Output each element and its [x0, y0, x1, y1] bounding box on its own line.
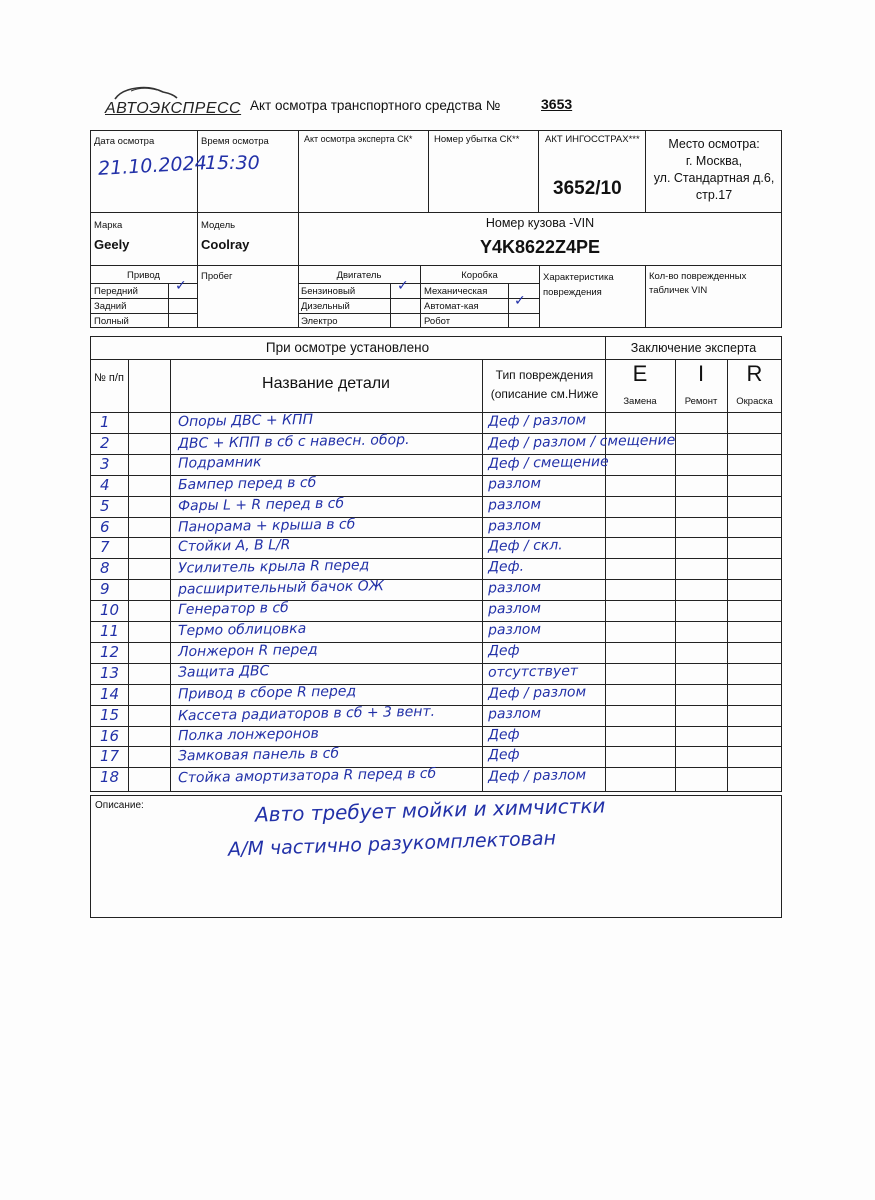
row-part-name: Генератор в сб	[178, 600, 289, 618]
row-number: 4	[100, 476, 110, 494]
row-number: 10	[100, 601, 119, 619]
row-number: 6	[100, 518, 110, 536]
gearbox-label: Коробка	[420, 270, 539, 281]
section-title: При осмотре установлено	[90, 340, 605, 355]
description-label: Описание:	[95, 800, 144, 811]
engine-petrol-check[interactable]: ✓	[397, 278, 409, 294]
row-damage-type: Деф	[488, 643, 520, 660]
vin-plates-label: Кол-во поврежденных табличек VIN	[649, 270, 781, 298]
row-number: 5	[100, 497, 110, 515]
engine-option-diesel: Дизельный	[301, 301, 350, 312]
row-part-name: Подрамник	[178, 454, 262, 471]
row-number: 8	[100, 559, 110, 577]
row-part-name: Полка лонжеронов	[178, 725, 319, 743]
row-damage-type: Деф	[488, 726, 520, 743]
row-damage-type: разлом	[488, 601, 541, 618]
col-part-header: Название детали	[170, 375, 482, 393]
company-logo: АВТОЭКСПРЕСС	[103, 84, 203, 124]
row-damage-type: разлом	[488, 475, 541, 492]
model-label: Модель	[201, 220, 235, 231]
row-number: 7	[100, 538, 110, 556]
row-number: 2	[100, 434, 110, 452]
row-number: 11	[100, 622, 119, 640]
brand-label: Марка	[94, 220, 122, 231]
place-line: стр.17	[646, 187, 782, 204]
row-damage-type: Деф / скл.	[488, 538, 563, 555]
row-damage-type: Деф / смещение	[488, 454, 609, 472]
col-damage-header: Тип повреждения (описание см.Ниже	[484, 366, 605, 404]
row-number: 16	[100, 727, 119, 745]
engine-option-petrol: Бензиновый	[301, 286, 355, 297]
col-num-header: № п/п	[92, 370, 126, 386]
act-number: 3653	[541, 96, 572, 112]
col-r-header: R	[727, 361, 782, 387]
vin-value: Y4K8622Z4PE	[298, 237, 782, 258]
row-part-name: Лонжерон R перед	[178, 642, 318, 660]
col-r-sub: Окраска	[727, 396, 782, 407]
col-i-sub: Ремонт	[675, 396, 727, 407]
drive-front-check[interactable]: ✓	[175, 278, 187, 294]
loss-number-label: Номер убытка СК**	[434, 134, 519, 145]
time-label: Время осмотра	[201, 136, 269, 147]
col-e-sub: Замена	[605, 396, 675, 407]
row-part-name: Защита ДВС	[178, 663, 270, 681]
row-damage-type: разлом	[488, 517, 541, 534]
document-title: Акт осмотра транспортного средства №	[250, 98, 500, 113]
row-damage-type: разлом	[488, 705, 541, 722]
vin-label: Номер кузова -VIN	[298, 216, 782, 230]
place-block: Место осмотра: г. Москва, ул. Стандартна…	[646, 136, 782, 204]
col-i-header: I	[675, 361, 727, 387]
engine-option-electric: Электро	[301, 316, 338, 327]
row-damage-type: разлом	[488, 580, 541, 597]
row-part-name: Замковая панель в сб	[178, 746, 339, 765]
row-damage-type: Деф / разлом / смещение	[488, 432, 676, 451]
place-line: ул. Стандартная д.6,	[646, 170, 782, 187]
gearbox-auto-check[interactable]: ✓	[514, 293, 526, 309]
row-part-name: Стойки А, В L/R	[178, 537, 291, 555]
mileage-label: Пробег	[201, 271, 232, 282]
row-damage-type: Деф.	[488, 559, 524, 576]
place-line: г. Москва,	[646, 153, 782, 170]
row-damage-type: разлом	[488, 622, 541, 639]
row-number: 14	[100, 685, 119, 703]
row-number: 17	[100, 747, 119, 765]
drive-option-rear: Задний	[94, 301, 126, 312]
row-damage-type: отсутствует	[488, 663, 578, 681]
row-number: 13	[100, 664, 119, 682]
row-number: 18	[100, 768, 119, 786]
ingos-act-label: АКТ ИНГОССТРАХ***	[545, 134, 640, 145]
gearbox-option-auto: Автомат-кая	[424, 301, 479, 312]
place-label: Место осмотра:	[646, 136, 782, 153]
row-part-name: Бампер перед в сб	[178, 474, 317, 492]
row-damage-type: Деф / разлом	[488, 412, 586, 430]
logo-text: АВТОЭКСПРЕСС	[105, 100, 241, 118]
row-part-name: Фары L + R перед в сб	[178, 495, 344, 514]
drive-option-front: Передний	[94, 286, 138, 297]
date-label: Дата осмотра	[94, 136, 154, 147]
model-value: Coolray	[201, 237, 249, 252]
drive-option-awd: Полный	[94, 316, 129, 327]
row-damage-type: Деф / разлом	[488, 684, 586, 702]
row-number: 12	[100, 643, 119, 661]
row-number: 1	[100, 413, 110, 431]
row-part-name: Термо облицовка	[178, 621, 307, 639]
row-part-name: Опоры ДВС + КПП	[178, 412, 313, 430]
row-part-name: Привод в сборе R перед	[178, 683, 356, 702]
time-value: 15:30	[205, 152, 260, 174]
row-number: 15	[100, 706, 119, 724]
gearbox-option-manual: Механическая	[424, 286, 487, 297]
gearbox-option-robot: Робот	[424, 316, 450, 327]
row-number: 3	[100, 455, 110, 473]
row-part-name: Панорама + крыша в сб	[178, 516, 356, 535]
col-e-header: E	[605, 361, 675, 387]
row-damage-type: Деф / разлом	[488, 767, 586, 785]
row-number: 9	[100, 580, 110, 598]
brand-value: Geely	[94, 237, 129, 252]
expert-act-label: Акт осмотра эксперта СК*	[304, 134, 412, 144]
row-damage-type: Деф	[488, 747, 520, 764]
expert-conclusion-title: Заключение эксперта	[605, 341, 782, 355]
ingos-act-value: 3652/10	[553, 178, 622, 200]
damage-characteristic-label: Характеристика повреждения	[543, 270, 643, 300]
row-damage-type: разлом	[488, 496, 541, 513]
